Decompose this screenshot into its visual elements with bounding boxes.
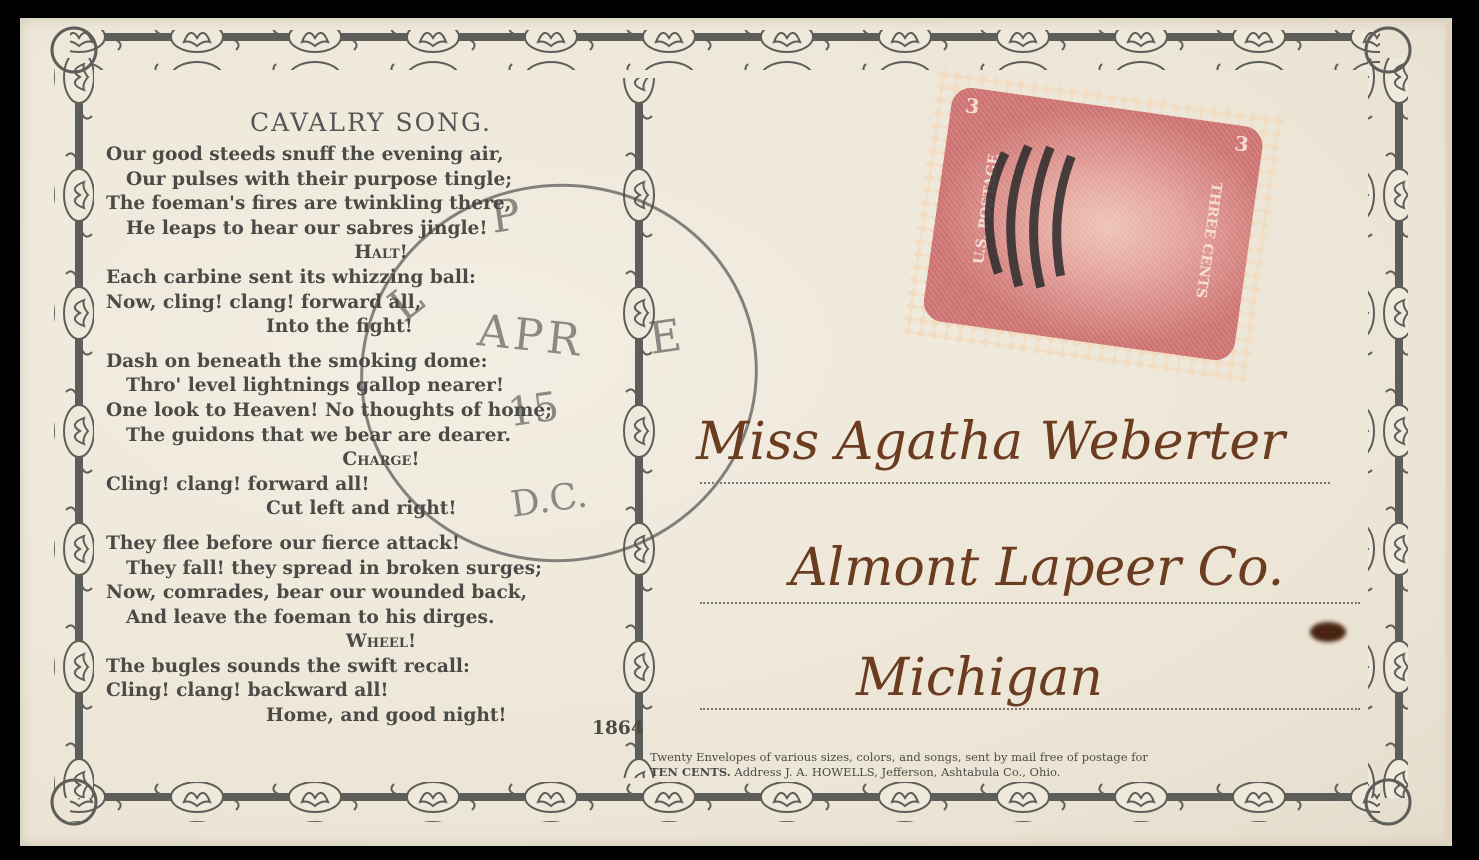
- stamp-denomination-right: 3: [1233, 131, 1250, 157]
- poem-line: The bugles sounds the swift recall:: [106, 655, 616, 680]
- ad-price: TEN CENTS.: [650, 765, 731, 779]
- ad-address: Address J. A. HOWELLS, Jefferson, Ashtab…: [734, 765, 1060, 779]
- postmark-letter-right: E: [646, 310, 685, 365]
- postmark-letter-left: L: [379, 274, 433, 332]
- printer-advertisement: Twenty Envelopes of various sizes, color…: [650, 750, 1330, 780]
- postmark-state: D.C.: [508, 474, 590, 525]
- poem-line: Now, comrades, bear our wounded back,: [106, 581, 616, 606]
- postmark-letter-top: P: [487, 189, 523, 244]
- ad-line-2: TEN CENTS. Address J. A. HOWELLS, Jeffer…: [650, 765, 1330, 780]
- poem-line: Home, and good night!: [106, 704, 616, 729]
- poem-line: Cling! clang! backward all!: [106, 679, 616, 704]
- poem-line: And leave the foeman to his dirges.: [106, 606, 616, 631]
- poem-title: CAVALRY SONG.: [106, 108, 616, 137]
- address-line-2: [700, 602, 1360, 604]
- address-line-1: [700, 482, 1330, 484]
- ad-line-1: Twenty Envelopes of various sizes, color…: [650, 750, 1330, 765]
- address-city: Almont Lapeer Co.: [790, 538, 1284, 598]
- postage-stamp: 3 3 U.S. POSTAGE THREE CENTS: [901, 67, 1285, 383]
- postmark-day: 15: [505, 384, 562, 437]
- address-name: Miss Agatha Weberter: [696, 412, 1285, 472]
- stamp-denomination-top: 3: [964, 93, 981, 119]
- cancel-barred-grid: [946, 128, 1127, 309]
- stamp-design: 3 3 U.S. POSTAGE THREE CENTS: [921, 85, 1265, 362]
- poem-line: Our good steeds snuff the evening air,: [106, 143, 616, 168]
- envelope-flap-edge: [1446, 18, 1452, 846]
- postmark-month: APR: [475, 305, 586, 367]
- stamp-value-text: THREE CENTS: [1193, 181, 1225, 299]
- envelope: CAVALRY SONG. Our good steeds snuff the …: [20, 18, 1452, 846]
- address-state: Michigan: [856, 648, 1103, 708]
- address-line-3: [700, 708, 1360, 710]
- poem-line: Wheel!: [106, 630, 616, 655]
- poem-year: 1864: [592, 718, 644, 739]
- ink-blot: [1310, 622, 1346, 642]
